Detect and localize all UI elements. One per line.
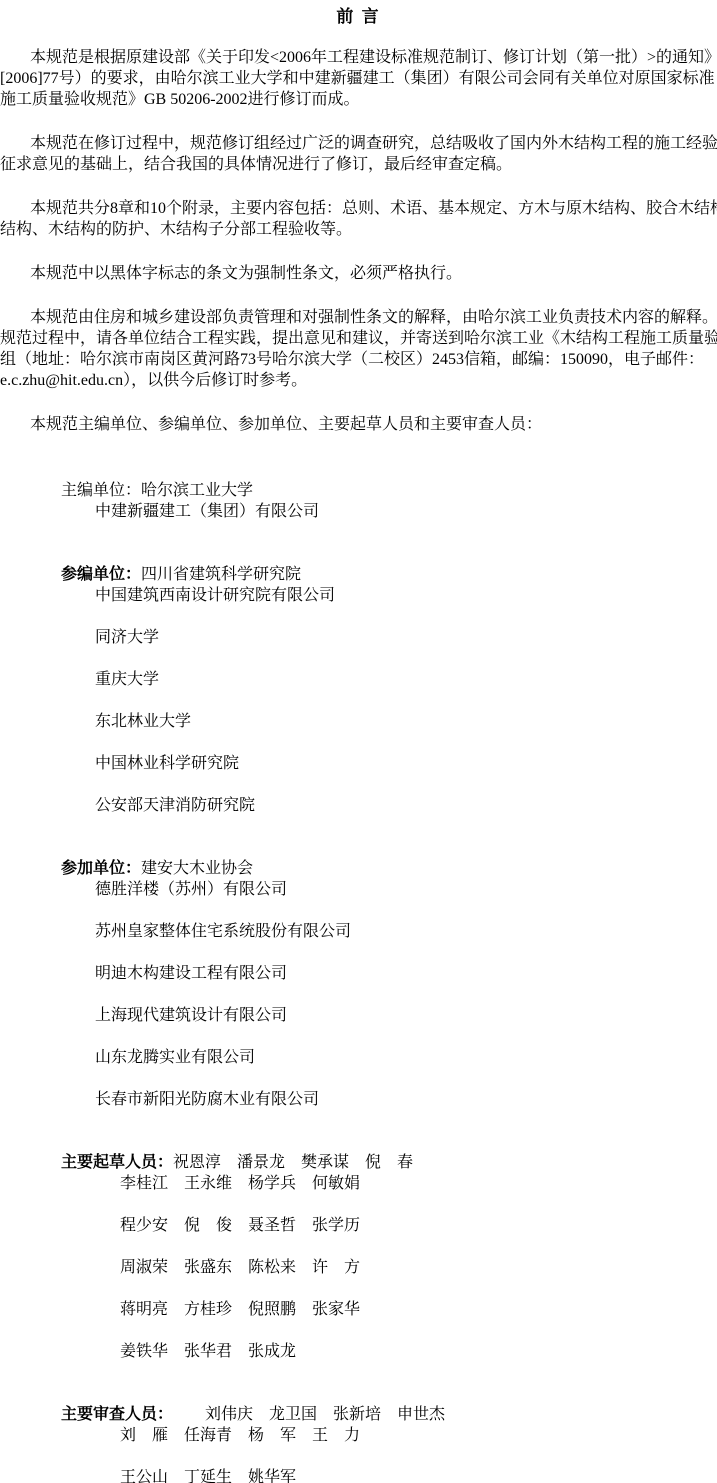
paragraph-3: 本规范共分8章和10个附录，主要内容包括：总则、术语、基本规定、方木与原木结构、… [0,198,717,240]
participants-label: 参加单位： [61,860,141,877]
page-title: 前 言 [0,6,717,27]
unit-name: 哈尔滨工业大学 [141,482,253,499]
unit-line: 中国建筑西南设计研究院有限公司 [0,585,717,606]
chief-editor-label: 主编单位： [61,482,141,499]
unit-line: 明迪木构建设工程有限公司 [0,963,717,984]
paragraph-line: 本规范在修订过程中，规范修订组经过广泛的调查研究，总结吸收了国内外木结构工程的施… [0,133,717,154]
unit-line: 长春市新阳光防腐木业有限公司 [0,1089,717,1110]
unit-line: 重庆大学 [0,669,717,690]
unit-line: 山东龙腾实业有限公司 [0,1047,717,1068]
unit-name: 四川省建筑科学研究院 [141,566,301,583]
paragraph-line: [2006]77号）的要求，由哈尔滨工业大学和中建新疆建工（集团）有限公司会同有… [0,68,717,89]
unit-line: 同济大学 [0,627,717,648]
reviewers-line: 主要审查人员：刘伟庆 龙卫国 张新培 申世杰 [0,1383,717,1404]
co-editors-line: 参编单位：四川省建筑科学研究院 [0,543,717,564]
drafter-names: 祝恩淳 潘景龙 樊承谋 倪 春 [173,1154,413,1171]
drafter-names-row: 李桂江 王永维 杨学兵 何敏娟 [0,1173,717,1194]
paragraph-6: 本规范主编单位、参编单位、参加单位、主要起草人员和主要审查人员： [0,414,717,435]
drafters-line: 主要起草人员：祝恩淳 潘景龙 樊承谋 倪 春 [0,1131,717,1152]
paragraph-line: 本规范共分8章和10个附录，主要内容包括：总则、术语、基本规定、方木与原木结构、… [0,198,717,219]
paragraph-5: 本规范由住房和城乡建设部负责管理和对强制性条文的解释，由哈尔滨工业负责技术内容的… [0,307,717,391]
reviewer-names-row: 王公山 丁延生 姚华军 [0,1467,717,1483]
unit-line: 苏州皇家整体住宅系统股份有限公司 [0,921,717,942]
paragraph-line: 组（地址：哈尔滨市南岗区黄河路73号哈尔滨大学（二校区）2453信箱，邮编：15… [0,349,717,370]
reviewer-names-row: 刘 雁 任海青 杨 军 王 力 [0,1425,717,1446]
unit-line: 上海现代建筑设计有限公司 [0,1005,717,1026]
reviewers-label: 主要审查人员： [61,1406,173,1423]
unit-line: 中国林业科学研究院 [0,753,717,774]
reviewer-names: 刘伟庆 龙卫国 张新培 申世杰 [205,1406,445,1423]
paragraph-line: 征求意见的基础上，结合我国的具体情况进行了修订，最后经审查定稿。 [0,154,717,175]
paragraph-line: 规范过程中，请各单位结合工程实践，提出意见和建议，并寄送到哈尔滨工业《木结构工程… [0,328,717,349]
drafter-names-row: 周淑荣 张盛东 陈松来 许 方 [0,1257,717,1278]
participants-line: 参加单位：建安大木业协会 [0,837,717,858]
unit-line: 东北林业大学 [0,711,717,732]
paragraph-line: 本规范主编单位、参编单位、参加单位、主要起草人员和主要审查人员： [0,414,717,435]
preface-document: 前 言 本规范是根据原建设部《关于印发<2006年工程建设标准规范制订、修订计划… [0,6,717,1483]
drafter-names-row: 蒋明亮 方桂珍 倪照鹏 张家华 [0,1299,717,1320]
drafters-label: 主要起草人员： [61,1154,173,1171]
paragraph-1: 本规范是根据原建设部《关于印发<2006年工程建设标准规范制订、修订计划（第一批… [0,47,717,110]
drafter-names-row: 姜铁华 张华君 张成龙 [0,1341,717,1362]
unit-name: 建安大木业协会 [141,860,253,877]
paragraph-line-email: e.c.zhu@hit.edu.cn），以供今后修订时参考。 [0,370,717,391]
unit-line: 中建新疆建工（集团）有限公司 [0,501,717,522]
chief-editor-line: 主编单位：哈尔滨工业大学 [0,459,717,480]
unit-line: 公安部天津消防研究院 [0,795,717,816]
unit-line: 德胜洋楼（苏州）有限公司 [0,879,717,900]
paragraph-line: 结构、木结构的防护、木结构子分部工程验收等。 [0,219,717,240]
paragraph-line: 本规范由住房和城乡建设部负责管理和对强制性条文的解释，由哈尔滨工业负责技术内容的… [0,307,717,328]
co-editors-label: 参编单位： [61,566,141,583]
paragraph-line: 施工质量验收规范》GB 50206-2002进行修订而成。 [0,89,717,110]
drafter-names-row: 程少安 倪 俊 聂圣哲 张学历 [0,1215,717,1236]
paragraph-2: 本规范在修订过程中，规范修订组经过广泛的调查研究，总结吸收了国内外木结构工程的施… [0,133,717,175]
paragraph-line: 本规范中以黑体字标志的条文为强制性条文，必须严格执行。 [0,263,717,284]
paragraph-4: 本规范中以黑体字标志的条文为强制性条文，必须严格执行。 [0,263,717,284]
paragraph-line: 本规范是根据原建设部《关于印发<2006年工程建设标准规范制订、修订计划（第一批… [0,47,717,68]
